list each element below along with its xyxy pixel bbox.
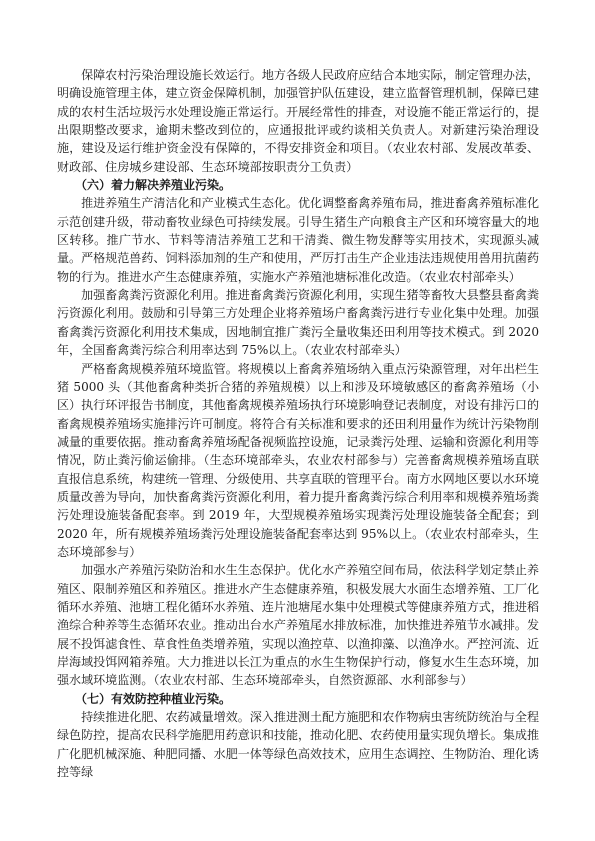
paragraph-aquaculture-pollution: 加强水产养殖污染防治和水生生态保护。优化水产养殖空间布局，依法科学划定禁止养殖区… xyxy=(57,561,539,689)
paragraph-livestock-supervision: 严格畜禽规模养殖环境监管。将规模以上畜禽养殖场纳入重点污染源管理，对年出栏生猪 … xyxy=(57,360,539,562)
paragraph-manure-utilization: 加强畜禽粪污资源化利用。推进畜禽粪污资源化利用，实现生猪等畜牧大县整县畜禽粪污资… xyxy=(57,286,539,359)
paragraph-facility-operation: 保障农村污染治理设施长效运行。地方各级人民政府应结合本地实际，制定管理办法，明确… xyxy=(57,66,539,176)
document-page: 保障农村污染治理设施长效运行。地方各级人民政府应结合本地实际，制定管理办法，明确… xyxy=(57,66,539,781)
section-heading-livestock-pollution: （六）着力解决养殖业污染。 xyxy=(57,176,539,194)
paragraph-fertilizer-pesticide: 持续推进化肥、农药减量增效。深入推进测土配方施肥和农作物病虫害统防统治与全程绿色… xyxy=(57,708,539,781)
paragraph-clean-production: 推进养殖生产清洁化和产业模式生态化。优化调整畜禽养殖布局，推进畜禽养殖标准化示范… xyxy=(57,194,539,286)
section-heading-planting-pollution: （七）有效防控种植业污染。 xyxy=(57,690,539,708)
